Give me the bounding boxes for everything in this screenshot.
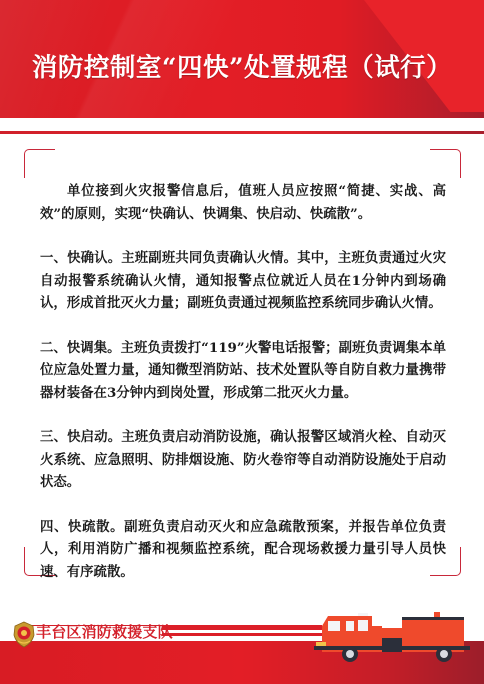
header-banner: 消防控制室“四快”处置规程（试行） <box>0 0 484 118</box>
page-title: 消防控制室“四快”处置规程（试行） <box>0 48 484 84</box>
organization-name: 丰台区消防救援支队 <box>36 621 173 642</box>
frame-corner-top-left <box>24 149 55 178</box>
step-mobilize-paragraph: 二、快调集。主班负责拨打“119”火警电话报警；副班负责调集本单位应急处置力量，… <box>40 337 446 405</box>
document-body: 单位接到火灾报警信息后，值班人员应按照“简捷、实战、高效”的原则，实现“快确认、… <box>40 180 446 605</box>
step-confirm-paragraph: 一、快确认。主班副班共同负责确认火情。其中，主班负责通过火灾自动报警系统确认火情… <box>40 247 446 315</box>
footer-stripe <box>162 625 322 630</box>
fire-truck-icon <box>314 612 472 664</box>
intro-paragraph: 单位接到火灾报警信息后，值班人员应按照“简捷、实战、高效”的原则，实现“快确认、… <box>40 180 446 225</box>
step-activate-paragraph: 三、快启动。主班负责启动消防设施，确认报警区域消火栓、自动灭火系统、应急照明、防… <box>40 426 446 494</box>
header-red-rule <box>0 131 484 134</box>
step-evacuate-paragraph: 四、快疏散。副班负责启动灭火和应急疏散预案，并报告单位负责人，利用消防广播和视频… <box>40 516 446 584</box>
header-white-stripe <box>0 118 484 131</box>
frame-corner-top-right <box>430 149 461 178</box>
fire-rescue-emblem-icon <box>12 621 36 648</box>
footer-stripe <box>162 633 322 636</box>
